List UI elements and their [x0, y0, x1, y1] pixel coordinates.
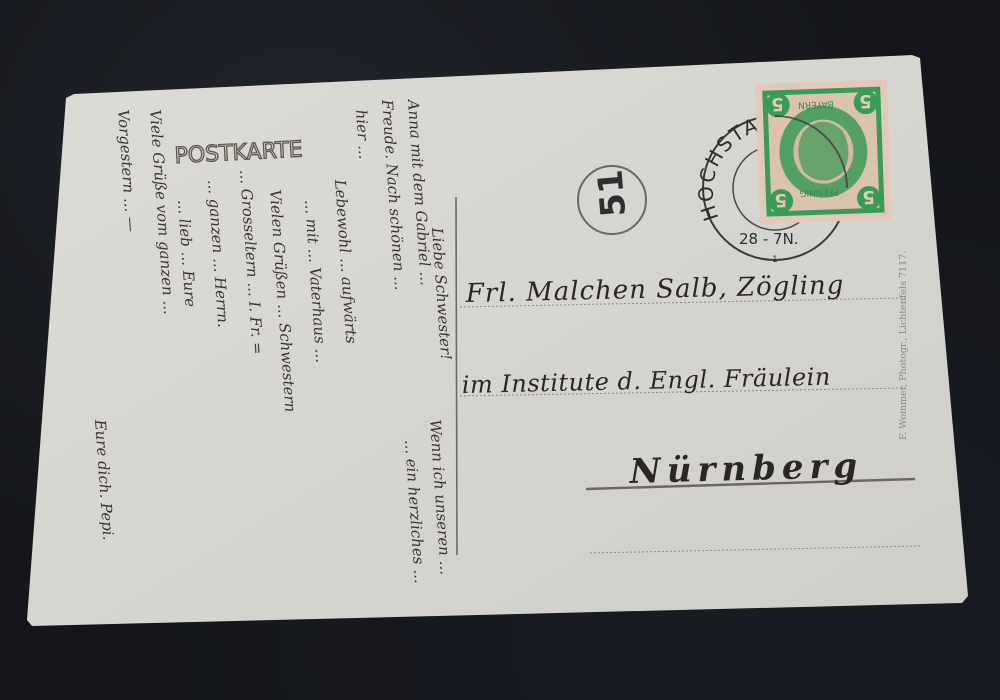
svg-text:hier ...: hier ...	[352, 109, 373, 160]
postmark-date: 28 - 7N.	[739, 230, 799, 248]
stamp-country: BAYERN	[798, 98, 834, 109]
postcard: POSTKARTE Frl. Malchen Salb, Zögling im …	[0, 0, 1000, 700]
postmark-sub: 1	[772, 255, 778, 265]
stamp-denomination-bl: 5	[774, 189, 787, 210]
stamp-unit: PFENNIG	[799, 186, 839, 197]
photo-scene: POSTKARTE Frl. Malchen Salb, Zögling im …	[0, 0, 1000, 700]
address-city: Nürnberg	[628, 446, 863, 492]
stamp-denomination-tr: 5	[859, 90, 872, 111]
postage-stamp: PFENNIG BAYERN 5 5 5 5	[755, 79, 892, 224]
divider-line	[456, 197, 457, 555]
printer-credit: F. Wommer, Photogr., Lichtenfels 7117.	[898, 251, 909, 440]
stamp-denomination-tl: 5	[771, 93, 784, 114]
svg-text:51: 51	[590, 168, 634, 219]
stamp-denomination-br: 5	[862, 186, 875, 207]
